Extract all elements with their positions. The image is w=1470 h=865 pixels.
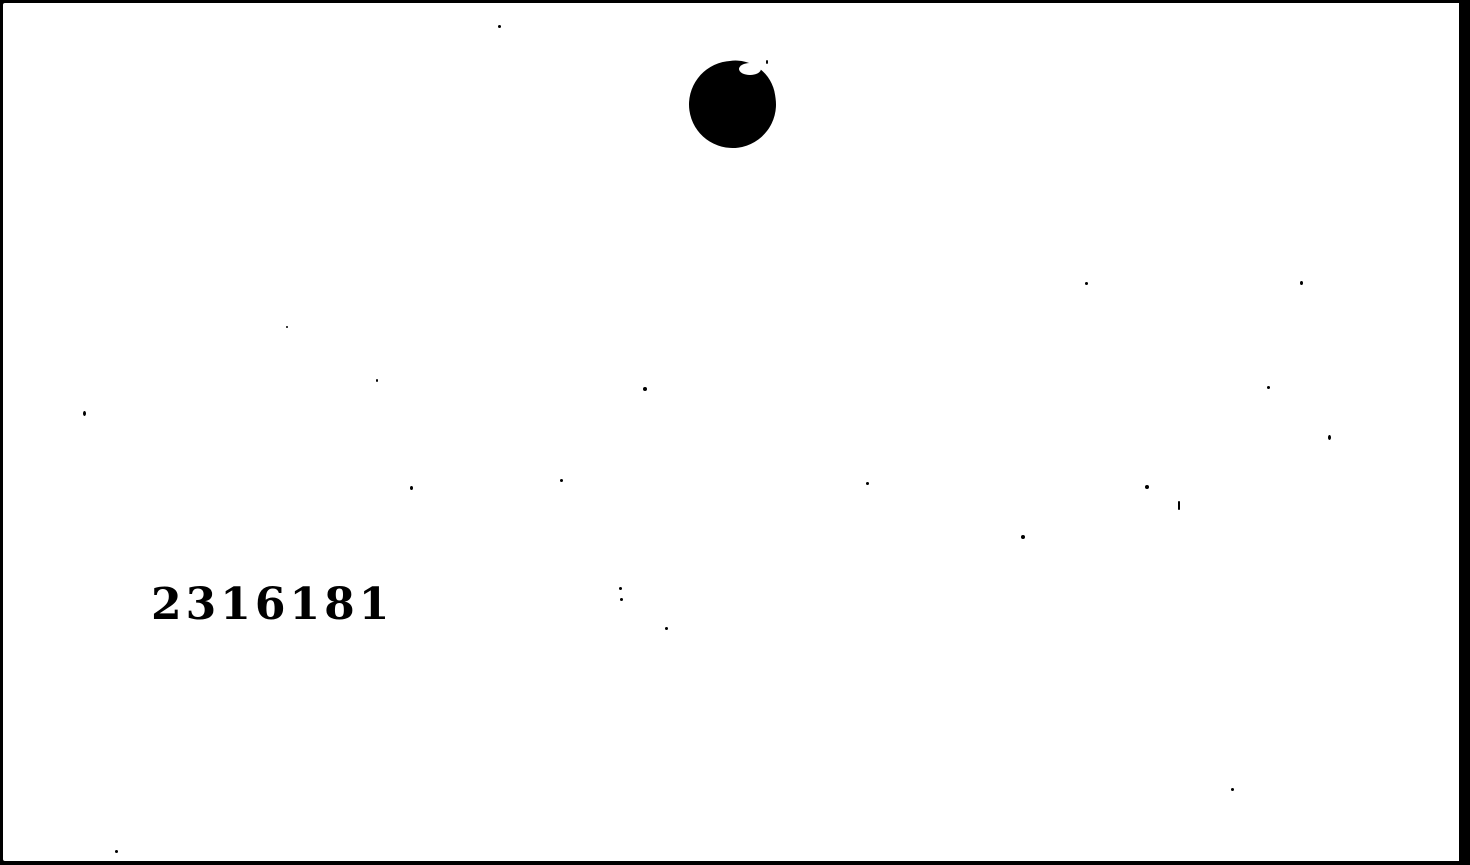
scan-speck: [665, 627, 668, 630]
scan-speck: [560, 479, 563, 482]
scan-speck: [620, 598, 623, 601]
scan-speck: [115, 850, 118, 853]
scan-speck: [1300, 281, 1303, 285]
scan-speck: [1231, 788, 1234, 791]
scan-speck: [643, 387, 647, 391]
scan-speck: [410, 486, 413, 490]
punch-hole-icon: [683, 55, 781, 153]
card-number: 2316181: [151, 583, 393, 627]
scan-speck: [83, 411, 86, 416]
scan-speck: [286, 326, 288, 328]
punch-hole-notch: [739, 63, 761, 75]
scan-speck: [376, 379, 378, 382]
index-card: 2316181: [3, 3, 1463, 861]
scan-speck: [1267, 386, 1270, 389]
scan-speck: [1021, 535, 1025, 539]
card-edge-shadow: [1459, 3, 1463, 861]
scan-speck: [866, 482, 869, 485]
scan-speck: [498, 25, 501, 28]
scan-speck: [1328, 435, 1331, 440]
scan-speck: [766, 60, 768, 64]
scan-speck: [1178, 501, 1180, 510]
scan-speck: [1145, 485, 1149, 489]
scan-speck: [619, 587, 622, 590]
scan-speck: [1085, 282, 1088, 285]
